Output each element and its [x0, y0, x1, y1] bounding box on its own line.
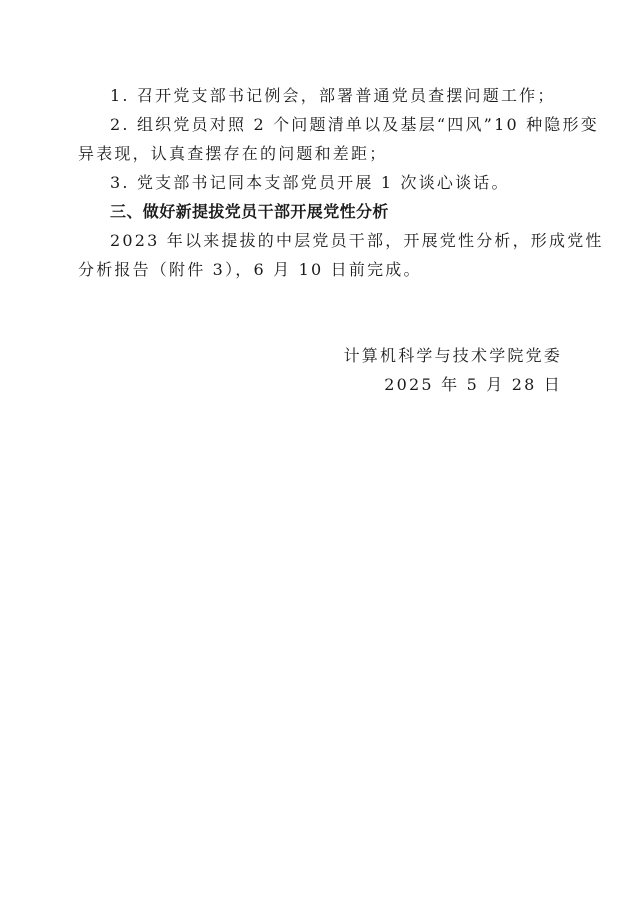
list-item-1: 1. 召开党支部书记例会，部署普通党员查摆问题工作；	[110, 86, 595, 106]
signature-organization: 计算机科学与技术学院党委	[344, 346, 562, 366]
section-body-line-1: 2023 年以来提拔的中层党员干部，开展党性分析，形成党性	[110, 231, 595, 251]
document-page: 1. 召开党支部书记例会，部署普通党员查摆问题工作； 2. 组织党员对照 2 个…	[0, 0, 639, 905]
list-item-2-line-1: 2. 组织党员对照 2 个问题清单以及基层“四风”10 种隐形变	[110, 115, 595, 135]
list-item-2-line-2: 异表现，认真查摆存在的问题和差距；	[78, 144, 563, 164]
section-body-line-2: 分析报告（附件 3），6 月 10 日前完成。	[78, 260, 563, 280]
list-item-3: 3. 党支部书记同本支部党员开展 1 次谈心谈话。	[110, 173, 595, 193]
section-heading: 三、做好新提拔党员干部开展党性分析	[110, 202, 595, 222]
signature-date: 2025 年 5 月 28 日	[384, 375, 562, 395]
